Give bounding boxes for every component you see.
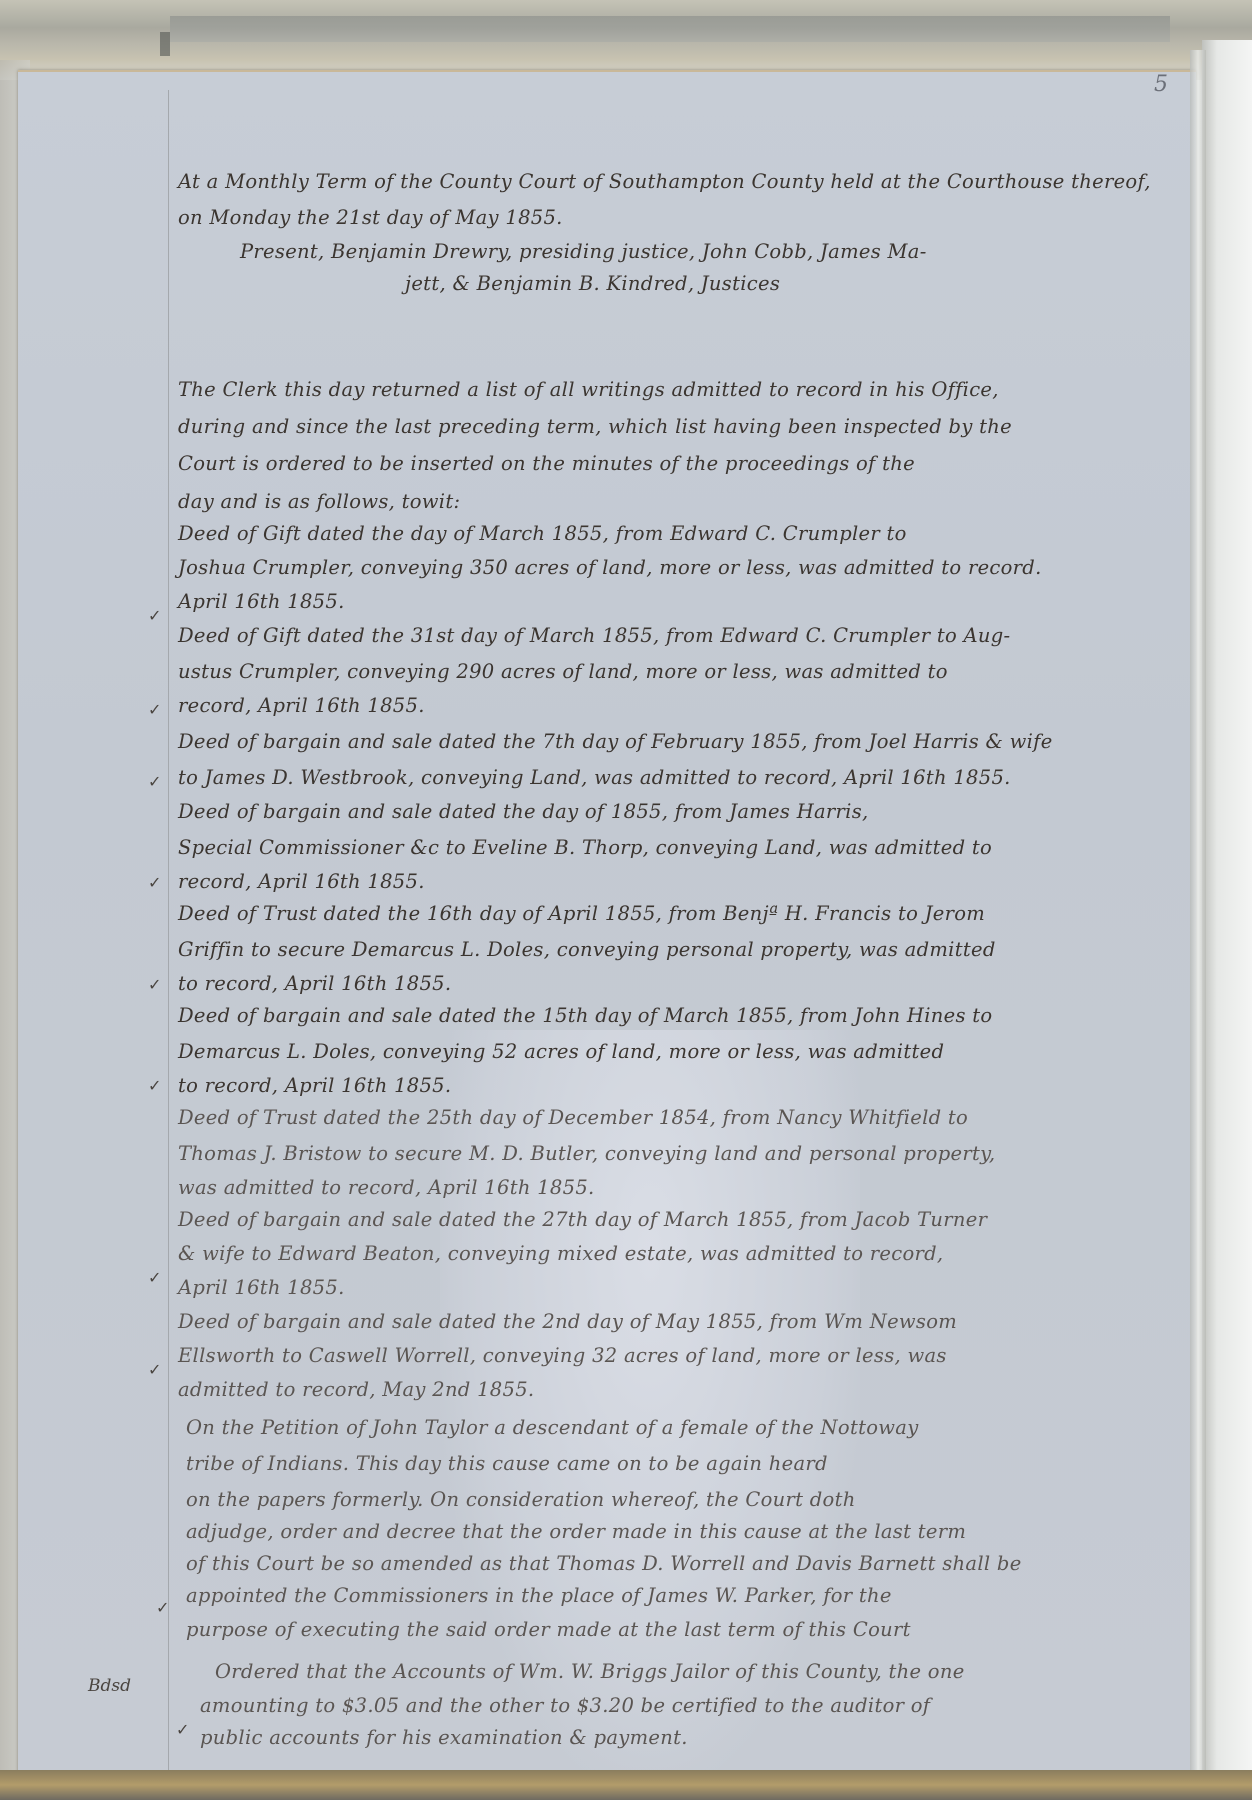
check-mark-icon: ✓	[148, 975, 161, 994]
present-line: jett, & Benjamin B. Kindred, Justices	[405, 272, 780, 295]
clerk-entry-line: during and since the last preceding term…	[178, 415, 1012, 438]
petition-line: on the papers formerly. On consideration…	[186, 1488, 856, 1511]
check-mark-icon: ✓	[148, 873, 161, 892]
petition-line: adjudge, order and decree that the order…	[186, 1520, 966, 1543]
deed-line: Ellsworth to Caswell Worrell, conveying …	[178, 1344, 947, 1367]
deed-line: & wife to Edward Beaton, conveying mixed…	[178, 1242, 943, 1265]
marginal-note: Bdsd	[88, 1676, 131, 1696]
accounts-line: public accounts for his examination & pa…	[200, 1726, 688, 1749]
stacked-pages-edge	[170, 16, 1170, 42]
deed-line: to James D. Westbrook, conveying Land, w…	[178, 766, 1011, 789]
deed-line: was admitted to record, April 16th 1855.	[178, 1176, 595, 1199]
deed-line: ustus Crumpler, conveying 290 acres of l…	[178, 660, 948, 683]
deed-line: Thomas J. Bristow to secure M. D. Butler…	[178, 1142, 995, 1165]
table-surface	[0, 1770, 1252, 1800]
deed-line: April 16th 1855.	[178, 590, 345, 613]
check-mark-icon: ✓	[148, 772, 161, 791]
deed-line: to record, April 16th 1855.	[178, 972, 451, 995]
deed-line: Deed of Gift dated the day of March 1855…	[178, 522, 907, 545]
deed-line: Deed of bargain and sale dated the day o…	[178, 800, 869, 823]
clerk-entry-line: The Clerk this day returned a list of al…	[178, 378, 999, 401]
right-background	[1202, 40, 1252, 1800]
deed-line: Deed of bargain and sale dated the 2nd d…	[178, 1310, 957, 1333]
deed-line: Griffin to secure Demarcus L. Doles, con…	[178, 938, 996, 961]
clerk-entry-line: Court is ordered to be inserted on the m…	[178, 452, 915, 475]
deed-line: Deed of Gift dated the 31st day of March…	[178, 624, 1010, 647]
deed-line: to record, April 16th 1855.	[178, 1074, 451, 1097]
deed-line: record, April 16th 1855.	[178, 694, 425, 717]
deed-line: April 16th 1855.	[178, 1276, 345, 1299]
deed-line: Deed of bargain and sale dated the 7th d…	[178, 730, 1053, 753]
petition-line: tribe of Indians. This day this cause ca…	[186, 1452, 828, 1475]
petition-line: appointed the Commissioners in the place…	[186, 1584, 892, 1607]
header-line: on Monday the 21st day of May 1855.	[178, 206, 563, 229]
check-mark-icon: ✓	[148, 1076, 161, 1095]
deed-line: Deed of bargain and sale dated the 15th …	[178, 1004, 992, 1027]
header-line: At a Monthly Term of the County Court of…	[178, 170, 1151, 193]
deed-line: Deed of Trust dated the 16th day of Apri…	[178, 902, 985, 925]
plastic-sleeve-edge	[1190, 50, 1206, 1790]
deed-line: record, April 16th 1855.	[178, 870, 425, 893]
check-mark-icon: ✓	[148, 1268, 161, 1287]
accounts-line: Ordered that the Accounts of Wm. W. Brig…	[215, 1660, 965, 1683]
binder-stack-top	[0, 0, 1252, 80]
deed-line: Deed of bargain and sale dated the 27th …	[178, 1208, 987, 1231]
petition-line: On the Petition of John Taylor a descend…	[186, 1416, 919, 1439]
accounts-line: amounting to $3.05 and the other to $3.2…	[200, 1694, 930, 1717]
petition-line: of this Court be so amended as that Thom…	[186, 1552, 1022, 1575]
deed-line: Special Commissioner &c to Eveline B. Th…	[178, 836, 992, 859]
page-number: 5	[1154, 72, 1168, 97]
check-mark-icon: ✓	[156, 1598, 169, 1617]
check-mark-icon: ✓	[148, 1360, 161, 1379]
present-line: Present, Benjamin Drewry, presiding just…	[240, 240, 927, 263]
deed-line: Joshua Crumpler, conveying 350 acres of …	[178, 556, 1042, 579]
deed-line: admitted to record, May 2nd 1855.	[178, 1378, 534, 1401]
check-mark-icon: ✓	[148, 606, 161, 625]
deed-line: Demarcus L. Doles, conveying 52 acres of…	[178, 1040, 944, 1063]
margin-rule-line	[168, 90, 169, 1790]
clerk-entry-line: day and is as follows, towit:	[178, 490, 460, 513]
binding-shadow	[160, 32, 170, 56]
check-mark-icon: ✓	[148, 700, 161, 719]
deed-line: Deed of Trust dated the 25th day of Dece…	[178, 1106, 968, 1129]
check-mark-icon: ✓	[176, 1720, 189, 1739]
petition-line: purpose of executing the said order made…	[186, 1618, 911, 1641]
